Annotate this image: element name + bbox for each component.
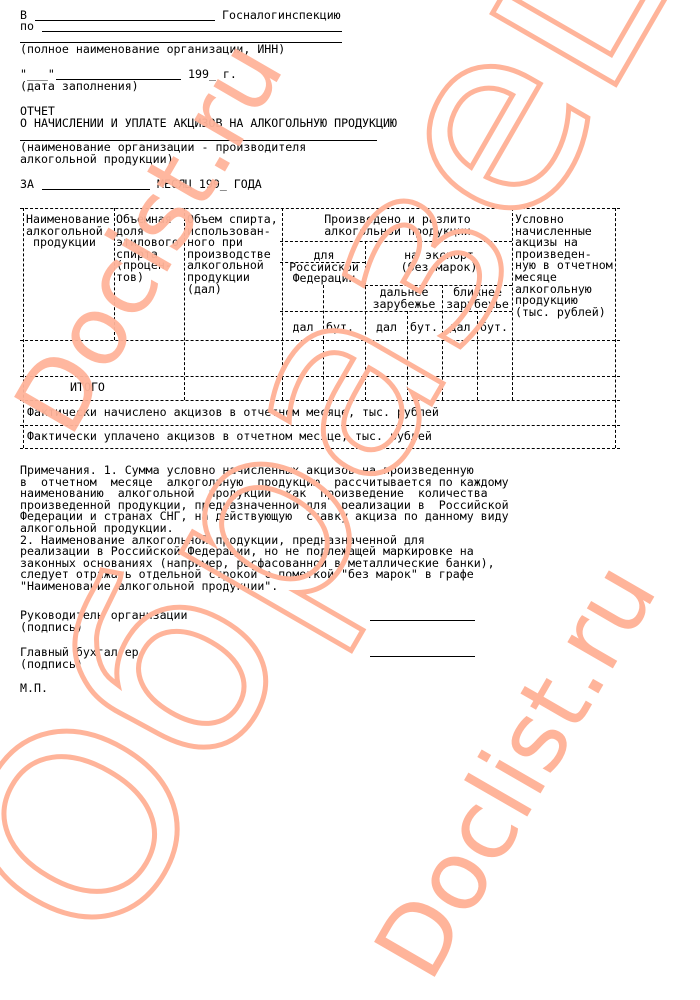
header-export: на экспорт (без марок) (366, 250, 512, 273)
for-prefix: по (20, 21, 34, 33)
accountant-signature-line[interactable] (370, 656, 475, 657)
date-caption: (дата заполнения) (20, 81, 139, 93)
accrued-label: Фактически начислено акцизов в отчетном … (27, 407, 439, 419)
table-border-top (20, 208, 620, 209)
director-signature-caption: (подпись) (20, 622, 83, 634)
unit-bottles: бут. (480, 322, 508, 334)
header-alcohol-share: Объемная доля этилового спирта (процен- … (116, 214, 179, 284)
stamp-label: М.П. (20, 683, 48, 695)
date-year: 199_ г. (188, 69, 237, 81)
table-rule (407, 311, 408, 400)
producer-caption: (наименование организации - производител… (20, 142, 306, 165)
table-rule (512, 208, 513, 400)
period-prefix: ЗА (20, 179, 34, 191)
table-rule (184, 208, 185, 400)
table-rule (280, 241, 512, 242)
unit-bottles: бут. (326, 322, 354, 334)
month-blank[interactable] (42, 189, 150, 190)
table-rule (20, 425, 620, 426)
header-for-russia: для Российской Федерации (283, 250, 365, 285)
notes: Примечания. 1. Сумма условно начисленных… (20, 465, 509, 593)
paid-label: Фактически уплачено акцизов в отчетном м… (27, 431, 432, 443)
total-label: ИТОГО (70, 382, 105, 394)
header-far-abroad: дальнее зарубежье (366, 287, 442, 310)
inspection-suffix: Госналогинспекцию (222, 10, 341, 22)
table-border-left (23, 208, 24, 448)
table-rule (20, 340, 620, 341)
header-spirit-volume: Объем спирта, использован- ного при прои… (187, 214, 278, 295)
watermark-site-text-2: Doclist.ru (353, 544, 679, 996)
organization-blank[interactable] (42, 31, 342, 32)
unit-dal: дал (443, 322, 477, 334)
unit-dal: дал (366, 322, 407, 334)
header-produced: Произведено и разлито алкогольной продук… (283, 214, 512, 237)
accountant-signature-caption: (подпись) (20, 659, 83, 671)
director-signature-line[interactable] (370, 620, 475, 621)
header-product-name: Наименование алкогольной продукции (26, 214, 110, 249)
table-border-bottom (20, 448, 620, 449)
table-rule (20, 400, 620, 401)
organization-caption: (полное наименование организации, ИНН) (20, 44, 285, 56)
period-suffix: МЕСЯЦ 199_ ГОДА (157, 179, 262, 191)
unit-dal: дал (283, 322, 323, 334)
table-rule (20, 376, 620, 377)
table-rule (323, 285, 324, 400)
report-subtitle: О НАЧИСЛЕНИИ И УПЛАТЕ АКЦИЗОВ НА АЛКОГОЛ… (20, 118, 397, 130)
table-border-right (615, 208, 616, 448)
table-rule (477, 311, 478, 400)
unit-bottles: бут. (410, 322, 438, 334)
table-rule (114, 208, 115, 340)
header-near-abroad: ближнее зарубежье (443, 287, 512, 310)
inspection-blank[interactable] (35, 20, 215, 21)
header-excise-accrued: Условно начисленные акцизы на произведен… (515, 214, 613, 318)
